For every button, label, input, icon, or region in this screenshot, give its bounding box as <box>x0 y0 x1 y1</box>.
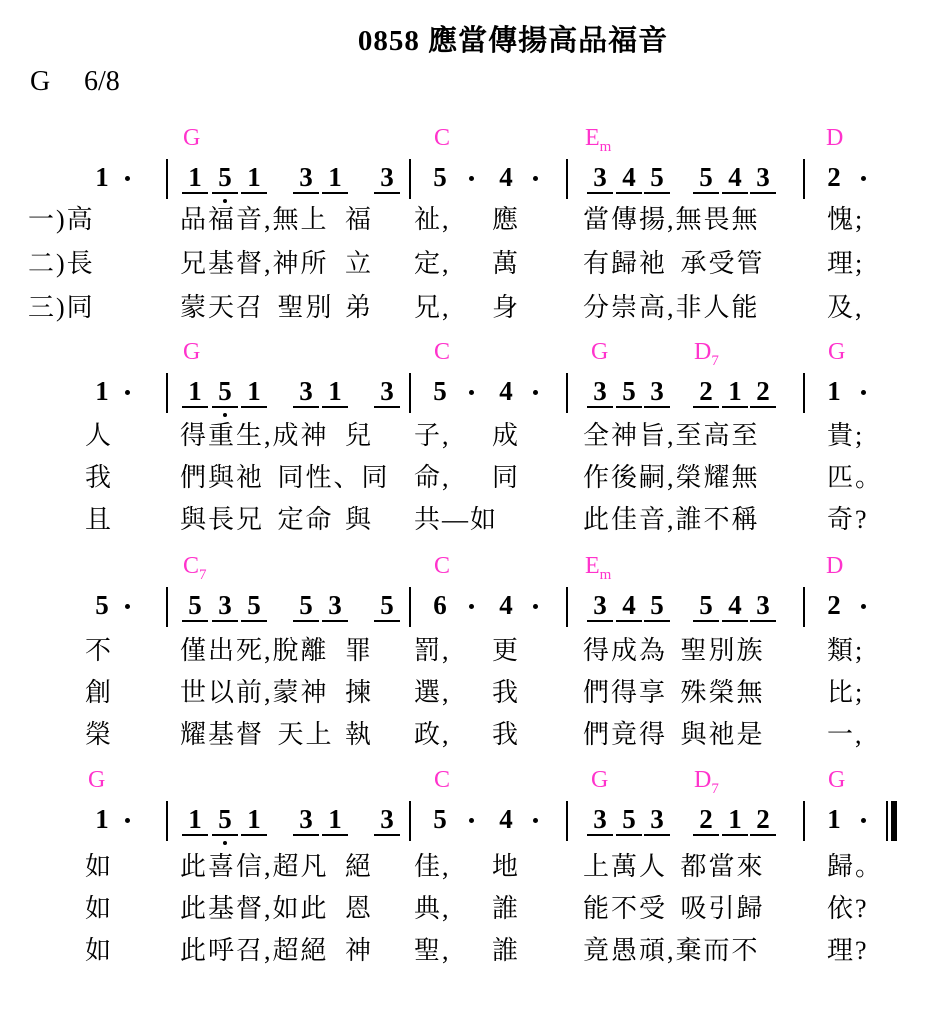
chord-label: G <box>828 768 845 792</box>
lyric-segment: 誰 <box>492 937 520 965</box>
lyric-segment: 典, <box>414 895 451 923</box>
lyric-segment: 此呼召,超絕 <box>180 937 329 965</box>
lyric-segment: 誰 <box>492 895 520 923</box>
barline <box>166 801 168 841</box>
note-digit: 1 <box>722 804 748 836</box>
lyric-segment: 依? <box>827 895 869 923</box>
note-digit: 3 <box>293 804 319 836</box>
lyric-segment: 竟愚頑,棄而不 <box>583 937 760 965</box>
final-barline-thin <box>886 801 888 841</box>
note-digit: 1 <box>182 804 208 836</box>
note-digit: 3 <box>644 804 670 836</box>
chord-label: C <box>434 768 450 792</box>
note-digit: 1 <box>821 804 847 834</box>
music-system: GCGD7G1151313543532121如此喜信,超凡絕佳,地上萬人 都當來… <box>0 0 941 1019</box>
duration-dot <box>533 818 538 823</box>
note-digit: 2 <box>750 804 776 836</box>
barline <box>566 801 568 841</box>
lyric-segment: 地 <box>492 853 520 881</box>
duration-dot <box>125 818 130 823</box>
hymn-sheet: 0858 應當傳揚高品福音 G 6/8 GCEmD115131354345543… <box>0 0 941 1019</box>
note-digit: 5 <box>427 804 453 834</box>
note-digit: 1 <box>241 804 267 836</box>
note-digit: 2 <box>693 804 719 836</box>
note-digit: 1 <box>89 804 115 834</box>
note-digit: 5 <box>616 804 642 836</box>
lyric-segment: 如 <box>85 937 113 965</box>
octave-dot <box>223 841 227 845</box>
lyric-segment: 如 <box>85 853 113 881</box>
chord-label: D7 <box>694 768 719 794</box>
lyric-segment: 絕 <box>345 853 373 881</box>
barline <box>409 801 411 841</box>
final-barline-thick <box>891 801 897 841</box>
lyric-segment: 神 <box>345 937 373 965</box>
barline <box>803 801 805 841</box>
note-digit: 4 <box>493 804 519 834</box>
duration-dot <box>469 818 474 823</box>
lyric-segment: 理? <box>827 937 869 965</box>
lyric-segment: 如 <box>85 895 113 923</box>
lyric-segment: 此基督,如此 <box>180 895 329 923</box>
lyric-segment: 上萬人 都當來 <box>583 853 765 881</box>
lyric-segment: 此喜信,超凡 <box>180 853 329 881</box>
lyric-segment: 聖, <box>414 937 451 965</box>
lyric-segment: 歸。 <box>827 853 883 881</box>
note-digit: 5 <box>212 804 238 836</box>
lyric-segment: 恩 <box>345 895 373 923</box>
duration-dot <box>861 818 866 823</box>
note-digit: 3 <box>374 804 400 836</box>
chord-quality-sub: 7 <box>711 781 719 797</box>
lyric-segment: 能不受 吸引歸 <box>583 895 765 923</box>
note-digit: 1 <box>322 804 348 836</box>
chord-label: G <box>591 768 608 792</box>
lyric-segment: 佳, <box>414 853 451 881</box>
chord-label: G <box>88 768 105 792</box>
note-digit: 3 <box>587 804 613 836</box>
